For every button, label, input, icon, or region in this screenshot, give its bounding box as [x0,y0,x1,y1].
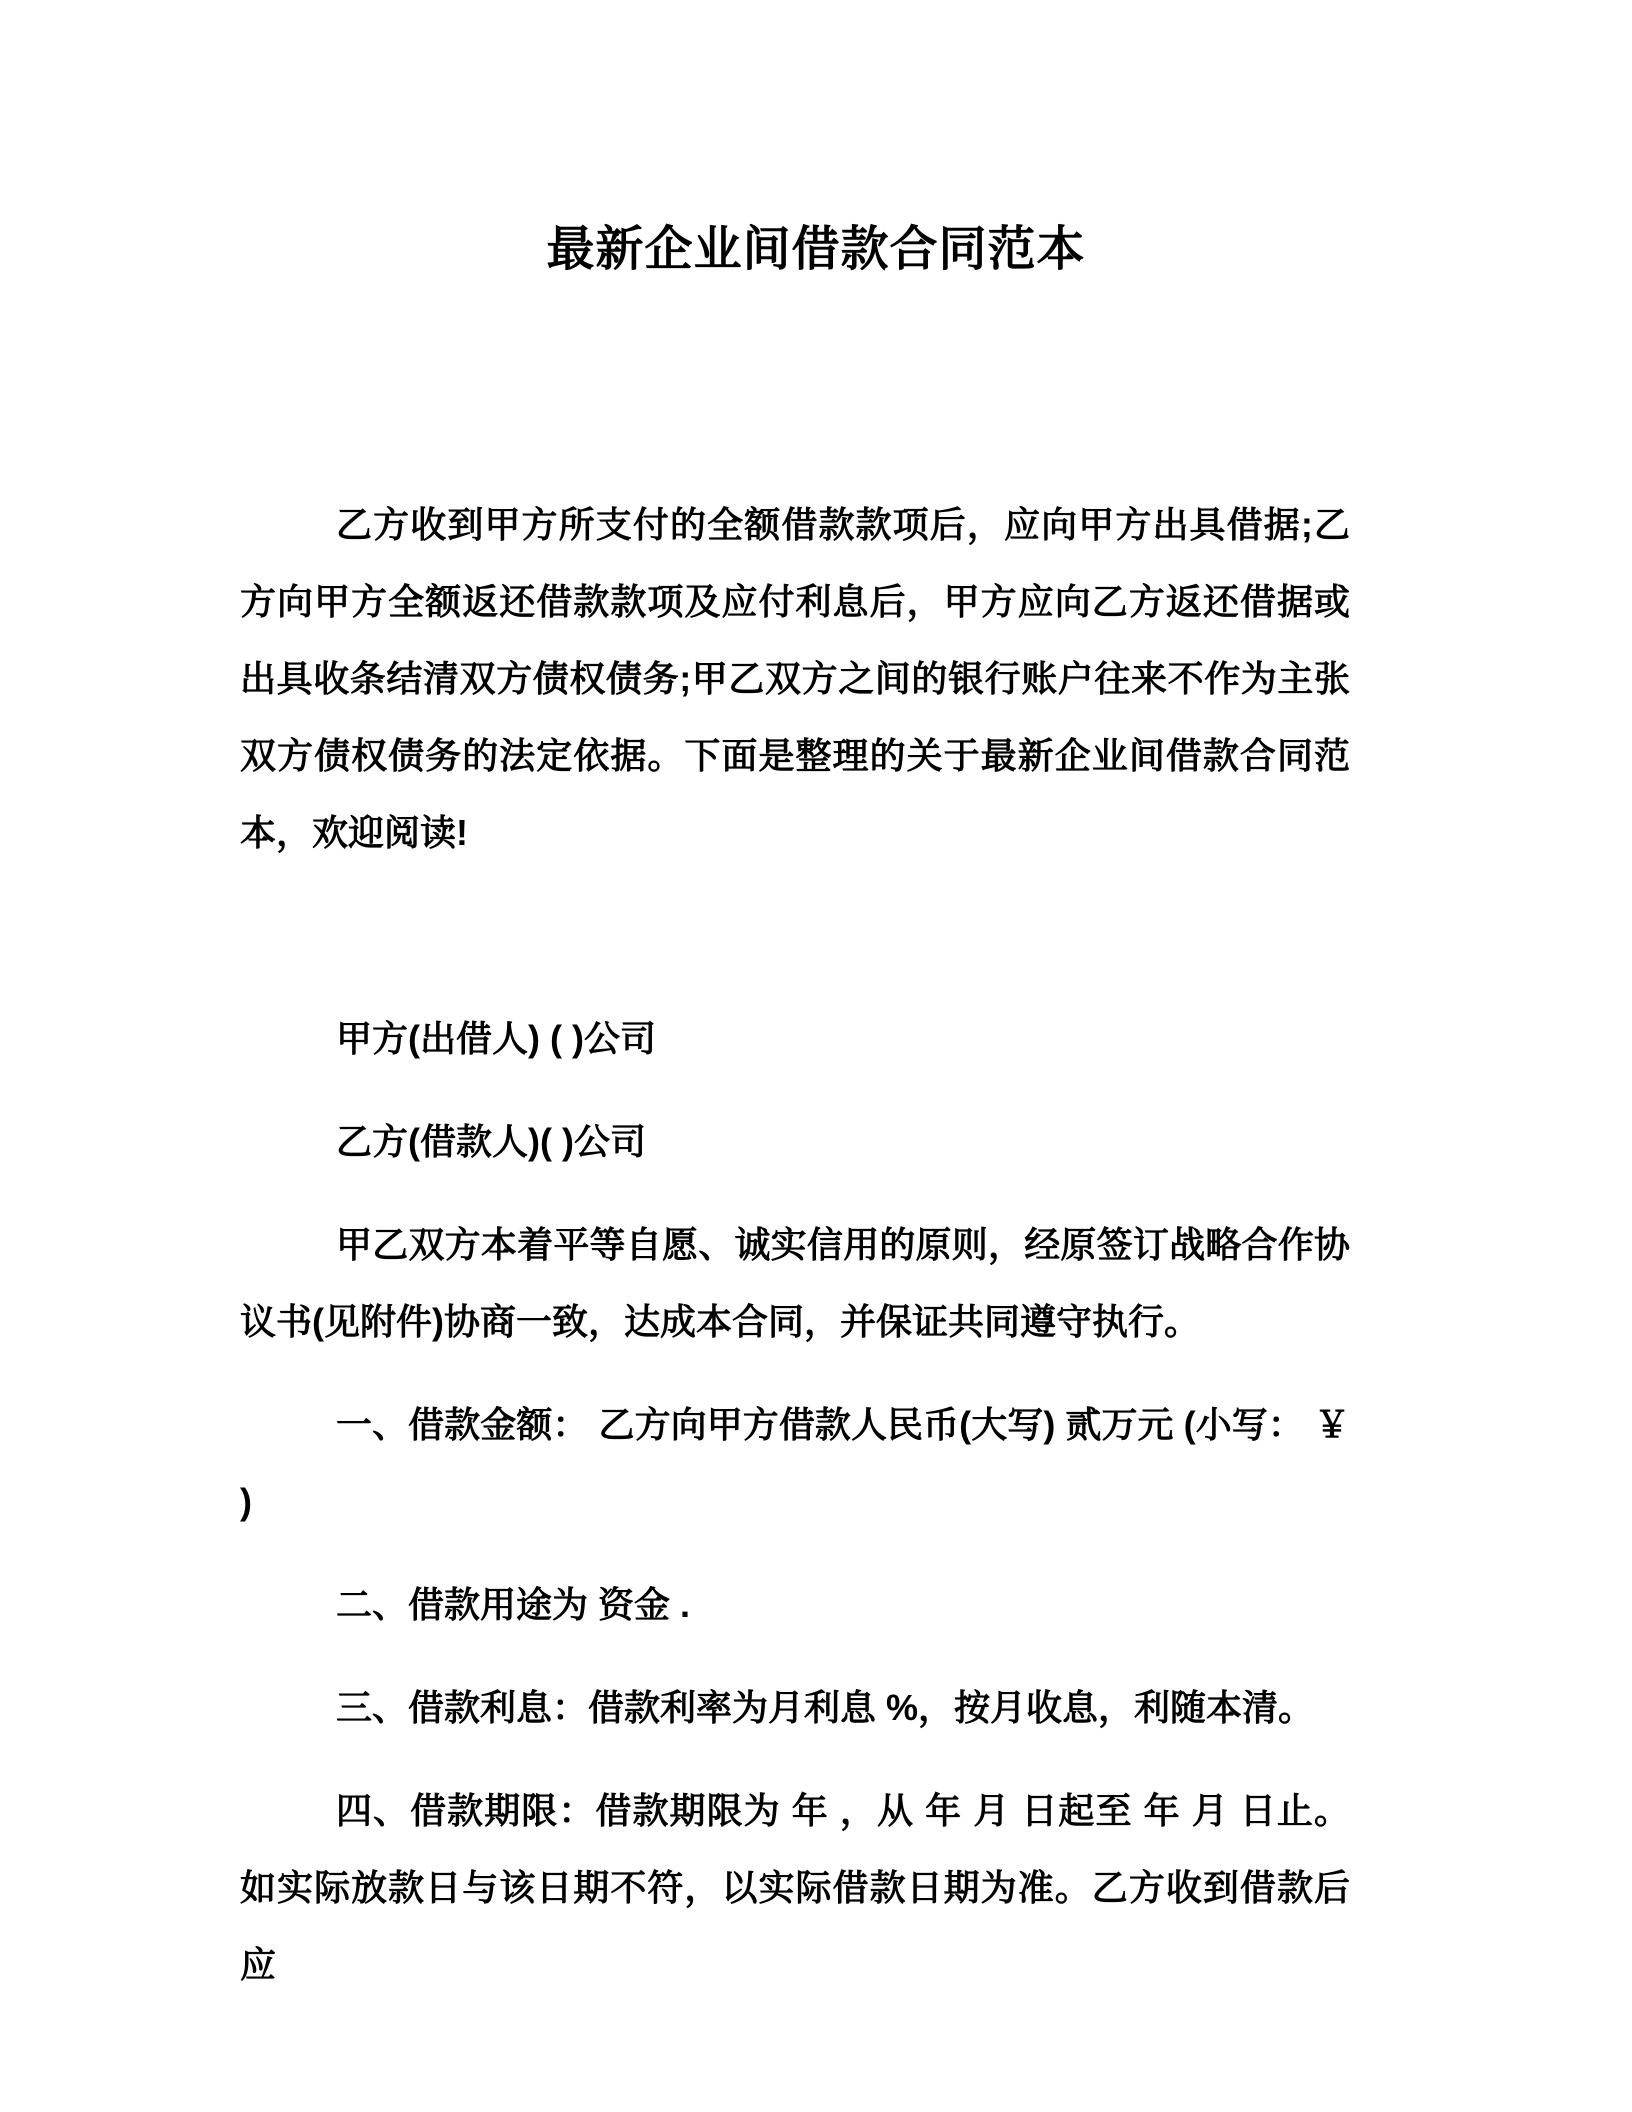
paragraph-spacer [240,897,1350,1000]
clause-loan-purpose: 二、借款用途为 资金 . [240,1566,1350,1643]
document-page: 最新企业间借款合同范本 乙方收到甲方所支付的全额借款款项后，应向甲方出具借据;乙… [0,0,1632,2112]
document-body: 乙方收到甲方所支付的全额借款款项后，应向甲方出具借据;乙方向甲方全额返还借款款项… [0,486,1350,2003]
document-title: 最新企业间借款合同范本 [0,0,1632,285]
party-a-line: 甲方(出借人) ( )公司 [240,1000,1350,1077]
intro-paragraph: 乙方收到甲方所支付的全额借款款项后，应向甲方出具借据;乙方向甲方全额返还借款款项… [240,486,1350,871]
clause-loan-amount: 一、借款金额： 乙方向甲方借款人民币(大写) 贰万元 (小写： ￥ ) [240,1386,1350,1540]
preamble-paragraph: 甲乙双方本着平等自愿、诚实信用的原则，经原签订战略合作协议书(见附件)协商一致，… [240,1206,1350,1360]
clause-loan-term: 四、借款期限：借款期限为 年 ，从 年 月 日起至 年 月 日止。如实际放款日与… [240,1772,1350,2003]
clause-loan-interest: 三、借款利息：借款利率为月利息 %，按月收息，利随本清。 [240,1669,1350,1746]
party-b-line: 乙方(借款人)( )公司 [240,1103,1350,1180]
